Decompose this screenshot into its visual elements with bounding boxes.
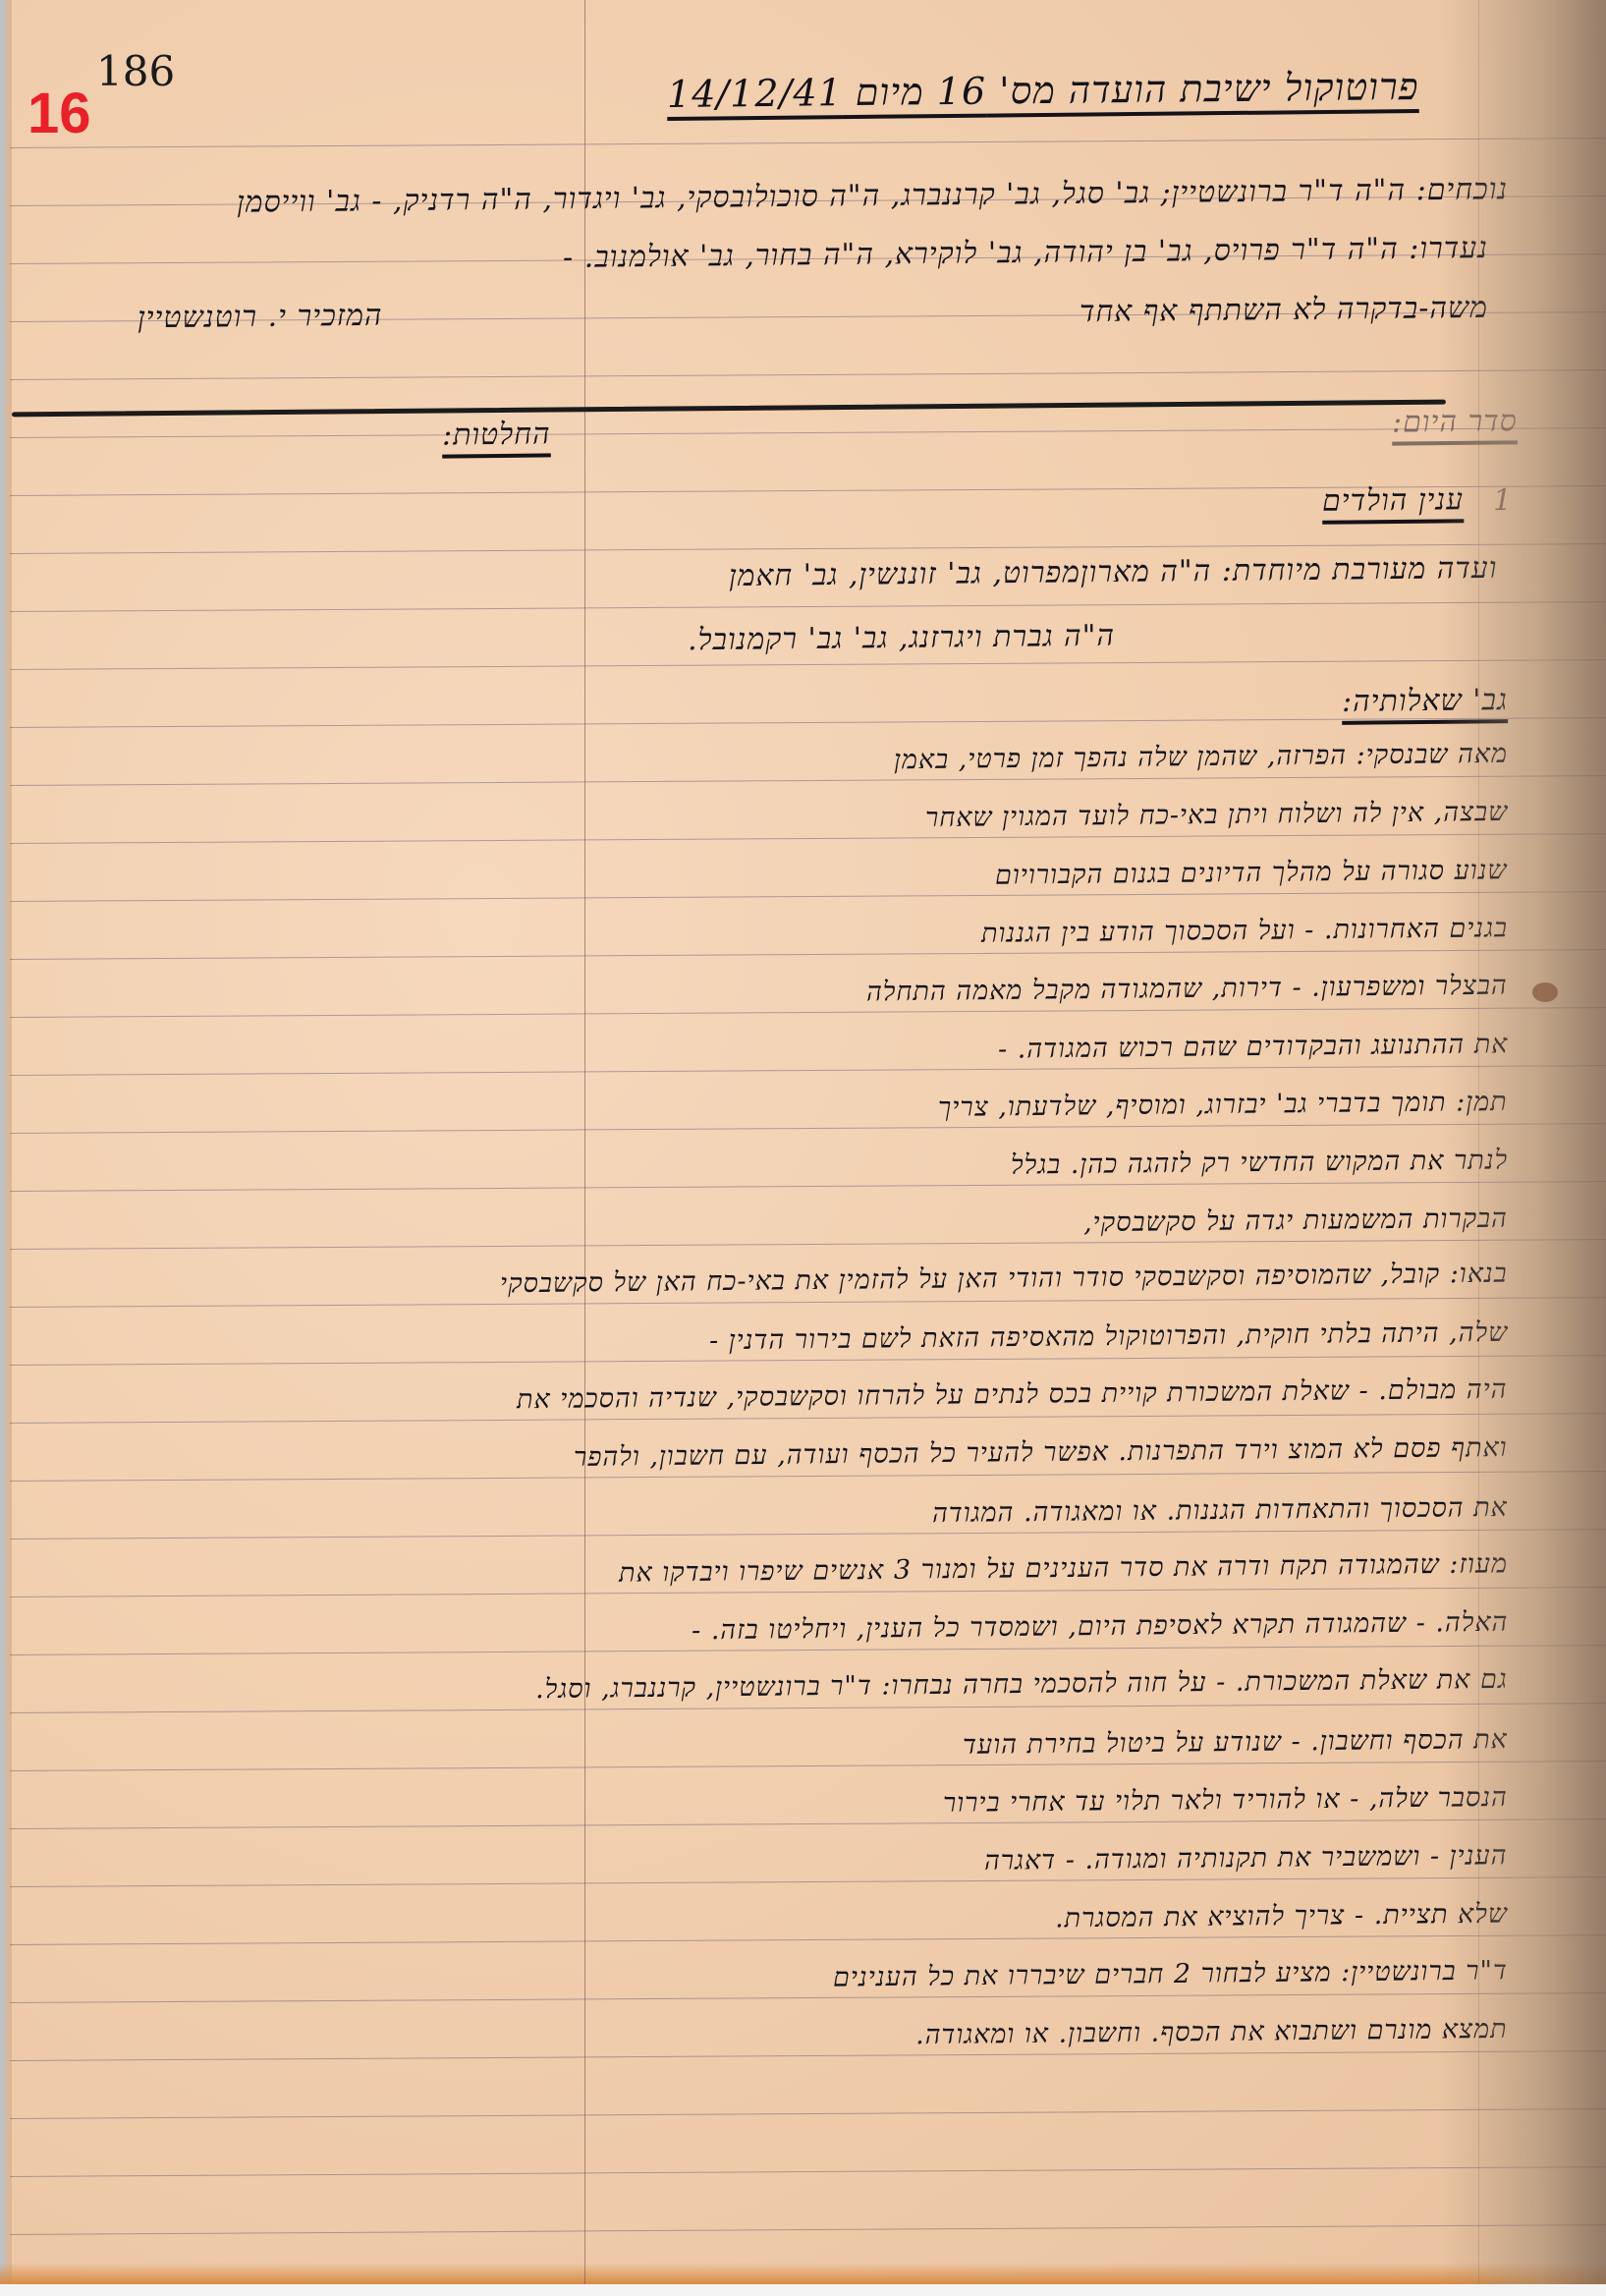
agenda-line: ה"ה גברת ויגרזנג, גב' גב' רקמנובל. <box>688 619 1115 658</box>
ruled-line <box>10 949 1606 960</box>
minutes-line: שנוע סגורה על מהלך הדיונים בגנום הקבורוי… <box>995 855 1508 890</box>
ruled-line <box>10 369 1606 380</box>
minutes-line: הענין - ושמשביר את תקנותיה ומגודה. - דאג… <box>984 1840 1508 1876</box>
agenda-item-number: 1 <box>1493 483 1513 518</box>
present-label: נוכחים: <box>1415 172 1508 207</box>
agenda-heading: סדר היום: <box>1392 404 1518 439</box>
ruled-line <box>10 1703 1606 1713</box>
ruled-line <box>10 1471 1606 1482</box>
minutes-line: גם את שאלת המשכורת. - על חוה להסכמי בחרה… <box>535 1664 1508 1705</box>
absent-label: נעדרו: <box>1409 231 1488 266</box>
ruled-line <box>10 717 1606 728</box>
minutes-line: את ההתנועג והבקדודים שהם רכוש המגודה. - <box>997 1029 1508 1064</box>
ruled-line <box>10 427 1606 438</box>
ruled-line <box>10 1587 1606 1597</box>
ruled-line <box>10 1239 1606 1250</box>
ruled-line <box>10 1761 1606 1771</box>
minutes-line: לנתר את המקוש החדשי רק לזהגה כהן. בגלל <box>1011 1145 1509 1180</box>
minutes-line: מאה שבנסקי: הפרזה, שהמן שלה נהפך זמן פרט… <box>894 739 1508 776</box>
minutes-line: שבצה, אין לה ושלוח ויתן באי-כח לועד המגו… <box>925 797 1509 833</box>
ruled-line <box>10 833 1606 844</box>
minutes-line: היה מבולם. - שאלת המשכורת קויית בכס לנתי… <box>517 1374 1508 1416</box>
ruled-line <box>10 1297 1606 1308</box>
minutes-line: ד"ר ברונשטיין: מציע לבחור 2 חברים שיבררו… <box>833 1955 1508 1992</box>
secretary-signature: המזכיר י. רוטנשטיין <box>138 299 383 336</box>
ruled-line <box>10 1007 1606 1018</box>
ruled-line <box>10 2166 1606 2177</box>
minutes-line: שלא תציית. - צריך להוציא את המסגרת. <box>1055 1899 1508 1934</box>
minutes-line: הבצלר ומשפרעון. - דירות, שהמגודה מקבל מא… <box>866 971 1508 1008</box>
present-line: נוכחים: ה"ה ד"ר ברונשטיין; גב' סגל, גב' … <box>237 172 1508 220</box>
ruled-line <box>10 2108 1606 2119</box>
ruled-line <box>10 1123 1606 1134</box>
ruled-line <box>10 891 1606 902</box>
agenda-line: ועדה מעורבת מיוחדת: ה"ה מארוןמפרוט, גב' … <box>729 551 1498 593</box>
ruled-line <box>10 1934 1606 1945</box>
ruled-line <box>10 1819 1606 1829</box>
minutes-line: הבקרות המשמעות יגדה על סקשבסקי, <box>1083 1204 1508 1239</box>
ruled-line <box>10 1529 1606 1540</box>
ruled-line <box>10 1876 1606 1887</box>
minutes-line: ואתף פסם לא המוצ וירד התפרנות. אפשר להעי… <box>574 1432 1508 1473</box>
ruled-line <box>10 1355 1606 1366</box>
minutes-line: שלה, היתה בלתי חוקית, והפרוטוקול מהאסיפה… <box>709 1317 1509 1357</box>
minutes-line: תמצא מונרם ושתבוא את הכסף. וחשבון. או ומ… <box>915 2014 1508 2050</box>
minutes-line: הנסבר שלה, - או להוריד ולאר תלוי עד אחרי… <box>943 1782 1508 1819</box>
column-divider <box>584 0 585 2284</box>
ruled-line <box>10 1413 1606 1424</box>
document-title: פרוטוקול ישיבת הועדה מס' 16 מיום 14/12/4… <box>667 65 1419 117</box>
archive-stamp-number: 16 <box>28 81 91 146</box>
minutes-line: האלה. - שהמגודה תקרא לאסיפת היום, ושמסדר… <box>691 1607 1508 1647</box>
ruled-line <box>10 601 1606 612</box>
margin-divider <box>1478 0 1479 2284</box>
minutes-line: בנאו: קובל, שהמוסיפה וסקשבסקי סודר והודי… <box>500 1259 1508 1300</box>
page-number: 186 <box>96 47 175 95</box>
agenda-item-heading: ענין הולדים <box>1322 482 1464 519</box>
ruled-line <box>10 138 1606 148</box>
decisions-heading: החלטות: <box>442 417 551 452</box>
ruled-line <box>10 1645 1606 1655</box>
page-left-edge <box>0 0 12 2284</box>
page-bottom-edge <box>0 2263 1606 2284</box>
absent-line: נעדרו: ה"ה ד"ר פרויס, גב' בן יהודה, גב' … <box>563 231 1488 275</box>
ruled-line <box>10 1992 1606 2003</box>
minutes-line: מעוז: שהמגודה תקח ודרה את סדר הענינים על… <box>619 1548 1508 1588</box>
minutes-line: תמן: תומך בדברי גב' יבזרוג, ומוסיף, שלדע… <box>938 1087 1508 1123</box>
header-separator <box>12 400 1446 418</box>
ruled-line <box>10 2050 1606 2061</box>
scanned-document-page: 16 186 פרוטוקול ישיבת הועדה מס' 16 מיום … <box>0 0 1606 2284</box>
minutes-line: בגנים האחרונות. - ועל הסכסוך הודע בין הג… <box>981 913 1508 949</box>
agenda-subheading: גב' שאלותיה: <box>1342 683 1508 719</box>
ink-stain <box>1532 982 1558 1002</box>
ruled-line <box>10 1065 1606 1076</box>
note-line: משה-בדקרה לא השתתף אף אחד <box>1080 291 1488 329</box>
ruled-line <box>10 1181 1606 1192</box>
ruled-line <box>10 775 1606 786</box>
minutes-line: את הכסף וחשבון. - שנודע על ביטול בחירת ה… <box>963 1724 1508 1761</box>
present-text: ה"ה ד"ר ברונשטיין; גב' סגל, גב' קרננברג,… <box>237 173 1406 219</box>
ruled-line <box>10 659 1606 670</box>
minutes-line: את הסכסוך והתאחדות הגננות. או ומאגודה. ה… <box>932 1492 1508 1529</box>
ruled-line <box>10 2224 1606 2235</box>
absent-text: ה"ה ד"ר פרויס, גב' בן יהודה, גב' לוקירא,… <box>563 232 1399 275</box>
